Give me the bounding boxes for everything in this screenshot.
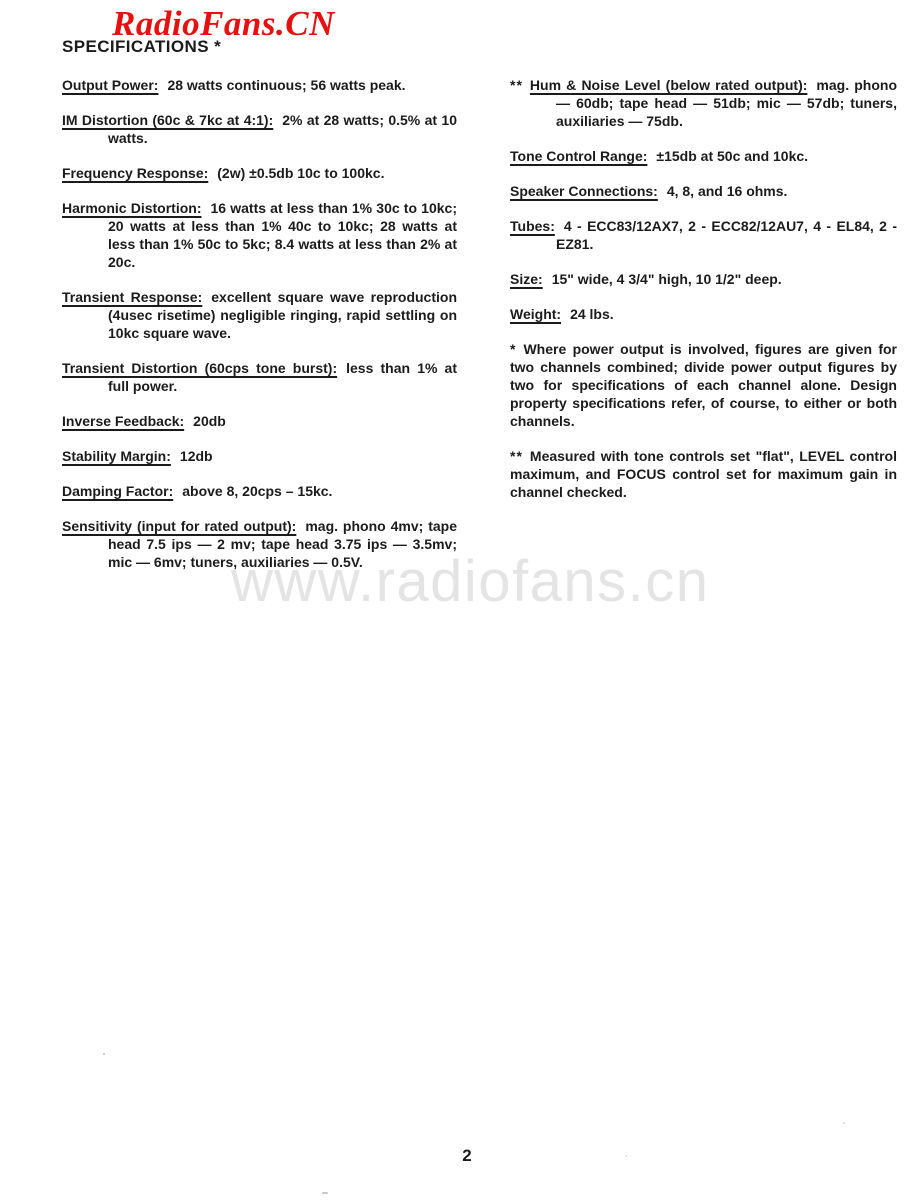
page-title: SPECIFICATIONS * <box>62 37 221 57</box>
spec-value: ±15db at 50c and 10kc. <box>656 148 808 164</box>
spec-value: 4, 8, and 16 ohms. <box>667 183 788 199</box>
spec-label: Weight: <box>510 306 561 322</box>
spec-label: Output Power: <box>62 77 158 93</box>
spec-output-power: Output Power:28 watts continuous; 56 wat… <box>62 76 457 94</box>
scan-artifact <box>625 1155 627 1157</box>
right-column: **Hum & Noise Level (below rated output)… <box>510 76 897 588</box>
spec-label: Transient Response: <box>62 289 202 305</box>
footnote-marker: ** <box>510 448 523 464</box>
spec-harmonic-distortion: Harmonic Distortion:16 watts at less tha… <box>62 199 457 271</box>
spec-label: Speaker Connections: <box>510 183 658 199</box>
left-column: Output Power:28 watts continuous; 56 wat… <box>62 76 457 588</box>
spec-label: Hum & Noise Level (below rated output): <box>530 77 808 93</box>
spec-label: IM Distortion (60c & 7kc at 4:1): <box>62 112 273 128</box>
spec-label: Stability Margin: <box>62 448 171 464</box>
spec-value: (2w) ±0.5db 10c to 100kc. <box>217 165 384 181</box>
scan-artifact <box>843 1122 845 1124</box>
spec-value: above 8, 20cps – 15kc. <box>182 483 332 499</box>
spec-transient-response: Transient Response:excellent square wave… <box>62 288 457 342</box>
spec-inverse-feedback: Inverse Feedback:20db <box>62 412 457 430</box>
scan-artifact <box>322 1192 328 1194</box>
spec-tubes: Tubes:4 - ECC83/12AX7, 2 - ECC82/12AU7, … <box>510 217 897 253</box>
document-page: RadioFans.CN SPECIFICATIONS * www.radiof… <box>0 0 920 1200</box>
scan-artifact <box>103 1053 105 1055</box>
spec-tone-control-range: Tone Control Range:±15db at 50c and 10kc… <box>510 147 897 165</box>
spec-label: Inverse Feedback: <box>62 413 184 429</box>
spec-sensitivity: Sensitivity (input for rated output):mag… <box>62 517 457 571</box>
spec-value: 24 lbs. <box>570 306 614 322</box>
spec-im-distortion: IM Distortion (60c & 7kc at 4:1):2% at 2… <box>62 111 457 147</box>
page-number: 2 <box>0 1146 920 1166</box>
spec-label: Transient Distortion (60cps tone burst): <box>62 360 337 376</box>
spec-value: 4 - ECC83/12AX7, 2 - ECC82/12AU7, 4 - EL… <box>556 218 897 252</box>
spec-frequency-response: Frequency Response:(2w) ±0.5db 10c to 10… <box>62 164 457 182</box>
spec-transient-distortion: Transient Distortion (60cps tone burst):… <box>62 359 457 395</box>
spec-stability-margin: Stability Margin:12db <box>62 447 457 465</box>
spec-hum-noise-level: **Hum & Noise Level (below rated output)… <box>510 76 897 130</box>
spec-value: 20db <box>193 413 226 429</box>
footnote-text: Measured with tone controls set "flat", … <box>510 448 897 500</box>
spec-label: Tone Control Range: <box>510 148 647 164</box>
spec-value: 12db <box>180 448 213 464</box>
spec-label: Damping Factor: <box>62 483 173 499</box>
spec-value: 28 watts continuous; 56 watts peak. <box>167 77 405 93</box>
spec-label: Frequency Response: <box>62 165 208 181</box>
spec-label: Tubes: <box>510 218 555 234</box>
footnote-text: Where power output is involved, figures … <box>510 341 897 429</box>
spec-label: Size: <box>510 271 543 287</box>
footnote-double-asterisk: **Measured with tone controls set "flat"… <box>510 447 897 501</box>
footnote-marker: ** <box>510 77 523 93</box>
spec-columns: Output Power:28 watts continuous; 56 wat… <box>62 76 897 588</box>
footnote-single-asterisk: *Where power output is involved, figures… <box>510 340 897 430</box>
spec-speaker-connections: Speaker Connections:4, 8, and 16 ohms. <box>510 182 897 200</box>
spec-label: Sensitivity (input for rated output): <box>62 518 296 534</box>
spec-damping-factor: Damping Factor:above 8, 20cps – 15kc. <box>62 482 457 500</box>
spec-size: Size:15" wide, 4 3/4" high, 10 1/2" deep… <box>510 270 897 288</box>
footnote-marker: * <box>510 341 516 357</box>
spec-value: 15" wide, 4 3/4" high, 10 1/2" deep. <box>552 271 782 287</box>
spec-weight: Weight:24 lbs. <box>510 305 897 323</box>
spec-label: Harmonic Distortion: <box>62 200 202 216</box>
